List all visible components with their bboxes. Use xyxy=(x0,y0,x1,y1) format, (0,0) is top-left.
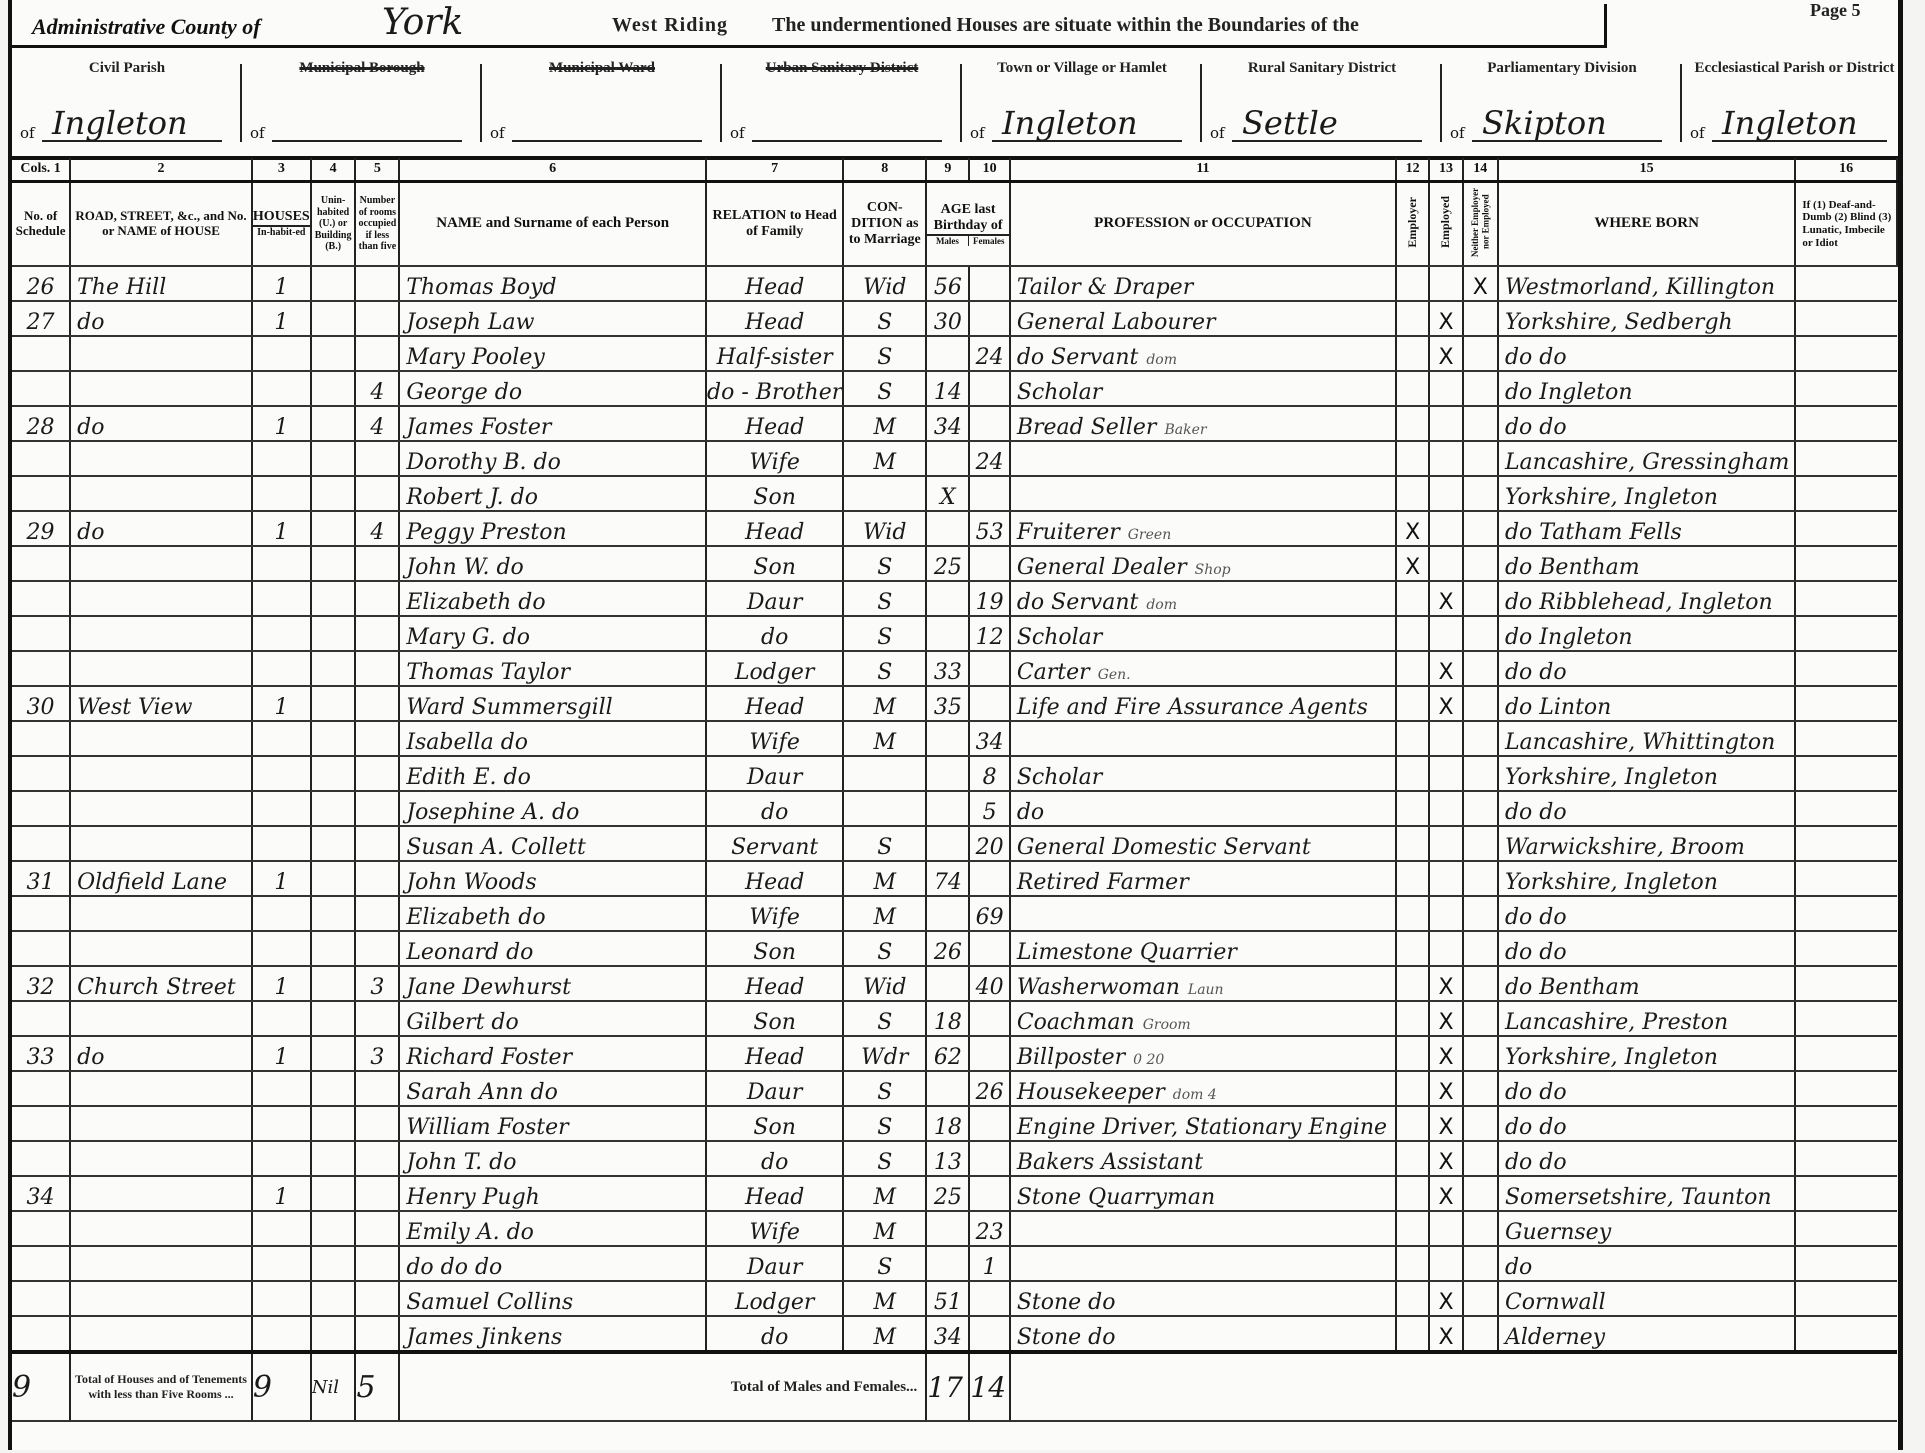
uninhabited-cell xyxy=(311,336,356,371)
occupation-note: Gen. xyxy=(1098,667,1131,683)
table-row: do do doDaurS1do xyxy=(12,1246,1897,1281)
column-number: 12 xyxy=(1396,158,1429,182)
occupation-cell: Stone do xyxy=(1010,1281,1396,1316)
female-age xyxy=(969,301,1009,336)
person-name: Edith E. do xyxy=(399,756,706,791)
header-occupation: PROFESSION or OCCUPATION xyxy=(1010,182,1396,267)
birthplace: do do xyxy=(1498,931,1795,966)
employed-mark xyxy=(1429,406,1462,441)
fill-line xyxy=(272,140,462,142)
marital-condition xyxy=(843,791,926,826)
female-age: 12 xyxy=(969,616,1009,651)
neither-mark xyxy=(1463,896,1498,931)
person-name: James Foster xyxy=(399,406,706,441)
male-age xyxy=(926,581,969,616)
employed-mark: X xyxy=(1429,1071,1462,1106)
column-number: 9 xyxy=(926,158,969,182)
rooms-count xyxy=(355,686,399,721)
schedule-number: 32 xyxy=(12,966,70,1001)
female-age: 40 xyxy=(969,966,1009,1001)
column-number: 13 xyxy=(1429,158,1462,182)
header-males: Males xyxy=(927,236,968,246)
occupation: General Labourer xyxy=(1017,310,1216,335)
occupation: Bread Seller xyxy=(1017,415,1157,440)
employer-mark xyxy=(1396,1036,1429,1071)
male-age: 62 xyxy=(926,1036,969,1071)
birthplace: do Ingleton xyxy=(1498,371,1795,406)
road-name xyxy=(70,616,252,651)
neither-mark xyxy=(1463,441,1498,476)
inhabited-count: 1 xyxy=(252,1176,311,1211)
totals-blank xyxy=(1010,1352,1897,1421)
table-row: 31Oldfield Lane1John WoodsHeadM74Retired… xyxy=(12,861,1897,896)
occupation-note: Green xyxy=(1128,527,1171,543)
inhabited-count xyxy=(252,1316,311,1352)
rooms-count xyxy=(355,1281,399,1316)
marital-condition: M xyxy=(843,441,926,476)
of-label: of xyxy=(1210,124,1225,142)
male-age: 74 xyxy=(926,861,969,896)
employer-mark xyxy=(1396,336,1429,371)
column-number: Cols. 1 xyxy=(12,158,70,182)
occupation-cell: General Domestic Servant xyxy=(1010,826,1396,861)
infirmity-cell xyxy=(1795,861,1897,896)
employed-mark: X xyxy=(1429,651,1462,686)
admin-area-4: Town or Village or Hamlet of Ingleton xyxy=(962,50,1202,156)
riding-label: West Riding xyxy=(612,14,728,37)
occupation: Scholar xyxy=(1017,380,1102,405)
employed-mark xyxy=(1429,371,1462,406)
person-name: Thomas Boyd xyxy=(399,266,706,301)
neither-mark xyxy=(1463,686,1498,721)
employed-mark xyxy=(1429,1211,1462,1246)
road-name xyxy=(70,756,252,791)
occupation-cell: General DealerShop xyxy=(1010,546,1396,581)
rooms-count xyxy=(355,651,399,686)
birthplace: Yorkshire, Ingleton xyxy=(1498,756,1795,791)
admin-area-label: Municipal Ward xyxy=(482,60,722,77)
uninhabited-cell xyxy=(311,1316,356,1352)
employed-mark xyxy=(1429,441,1462,476)
fill-line xyxy=(512,140,702,142)
neither-mark xyxy=(1463,476,1498,511)
male-age xyxy=(926,336,969,371)
birthplace: Westmorland, Killington xyxy=(1498,266,1795,301)
person-name: Sarah Ann do xyxy=(399,1071,706,1106)
occupation-cell: do Servantdom xyxy=(1010,336,1396,371)
marital-condition: S xyxy=(843,1001,926,1036)
female-age xyxy=(969,1001,1009,1036)
female-age xyxy=(969,861,1009,896)
occupation-note: Laun xyxy=(1188,982,1224,998)
admin-area-label: Ecclesiastical Parish or District xyxy=(1682,60,1907,77)
header-uninhabited: Unin-habited (U.) or Building (B.) xyxy=(311,182,356,267)
female-age: 34 xyxy=(969,721,1009,756)
occupation: do Servant xyxy=(1017,590,1138,615)
total-houses-label: Total of Houses and of Tenements with le… xyxy=(70,1352,252,1421)
marital-condition: M xyxy=(843,896,926,931)
admin-area-value: Settle xyxy=(1242,104,1338,142)
relation: Daur xyxy=(706,581,843,616)
table-row: James JinkensdoM34Stone doXAlderney xyxy=(12,1316,1897,1352)
marital-condition: M xyxy=(843,686,926,721)
admin-county-label: Administrative County of xyxy=(32,14,261,40)
occupation: Bakers Assistant xyxy=(1017,1150,1203,1175)
neither-mark xyxy=(1463,1141,1498,1176)
occupation-note: Shop xyxy=(1195,562,1231,578)
employer-mark xyxy=(1396,1106,1429,1141)
male-age xyxy=(926,1211,969,1246)
rooms-count: 4 xyxy=(355,406,399,441)
male-age: 13 xyxy=(926,1141,969,1176)
neither-mark xyxy=(1463,1036,1498,1071)
schedule-number: 30 xyxy=(12,686,70,721)
employer-mark xyxy=(1396,966,1429,1001)
marital-condition: Wdr xyxy=(843,1036,926,1071)
of-label: of xyxy=(20,124,35,142)
neither-mark xyxy=(1463,966,1498,1001)
occupation-note: dom 4 xyxy=(1173,1087,1217,1103)
birthplace: do Bentham xyxy=(1498,546,1795,581)
road-name xyxy=(70,546,252,581)
female-age: 1 xyxy=(969,1246,1009,1281)
birthplace: do do xyxy=(1498,896,1795,931)
employer-mark xyxy=(1396,896,1429,931)
birthplace: do Tatham Fells xyxy=(1498,511,1795,546)
inhabited-count xyxy=(252,791,311,826)
relation: Head xyxy=(706,406,843,441)
header-employed: Employed xyxy=(1429,182,1462,267)
inhabited-count xyxy=(252,616,311,651)
male-age: 18 xyxy=(926,1106,969,1141)
inhabited-count: 1 xyxy=(252,406,311,441)
male-age xyxy=(926,721,969,756)
occupation: Retired Farmer xyxy=(1017,870,1189,895)
of-label: of xyxy=(250,124,265,142)
neither-mark xyxy=(1463,581,1498,616)
uninhabited-cell xyxy=(311,1246,356,1281)
column-number: 6 xyxy=(399,158,706,182)
schedule-number xyxy=(12,371,70,406)
occupation-cell: WasherwomanLaun xyxy=(1010,966,1396,1001)
employer-mark xyxy=(1396,826,1429,861)
employer-mark xyxy=(1396,581,1429,616)
person-name: Ward Summersgill xyxy=(399,686,706,721)
occupation-cell: Billposter0 20 xyxy=(1010,1036,1396,1071)
female-age: 26 xyxy=(969,1071,1009,1106)
employer-mark xyxy=(1396,1316,1429,1352)
person-name: Mary G. do xyxy=(399,616,706,651)
census-sheet: Administrative County of York West Ridin… xyxy=(8,0,1903,1450)
road-name: West View xyxy=(70,686,252,721)
occupation: Limestone Quarrier xyxy=(1017,940,1237,965)
schedule-number xyxy=(12,546,70,581)
person-name: Peggy Preston xyxy=(399,511,706,546)
female-age: 24 xyxy=(969,441,1009,476)
table-row: Isabella doWifeM34Lancashire, Whittingto… xyxy=(12,721,1897,756)
rooms-count: 3 xyxy=(355,1036,399,1071)
person-name: John Woods xyxy=(399,861,706,896)
infirmity-cell xyxy=(1795,756,1897,791)
infirmity-cell xyxy=(1795,686,1897,721)
table-row: Robert J. doSonXYorkshire, Ingleton xyxy=(12,476,1897,511)
table-row: John W. doSonS25General DealerShopXdo Be… xyxy=(12,546,1897,581)
inhabited-count xyxy=(252,826,311,861)
occupation-note: Baker xyxy=(1164,422,1206,438)
person-name: John W. do xyxy=(399,546,706,581)
occupation-cell: CarterGen. xyxy=(1010,651,1396,686)
rooms-count xyxy=(355,476,399,511)
employer-mark xyxy=(1396,861,1429,896)
employed-mark: X xyxy=(1429,301,1462,336)
birthplace: do do xyxy=(1498,406,1795,441)
neither-mark xyxy=(1463,371,1498,406)
marital-condition: S xyxy=(843,616,926,651)
male-age xyxy=(926,1071,969,1106)
column-number: 15 xyxy=(1498,158,1795,182)
uninhabited-cell xyxy=(311,1176,356,1211)
person-name: Samuel Collins xyxy=(399,1281,706,1316)
employer-mark xyxy=(1396,371,1429,406)
marital-condition: M xyxy=(843,1316,926,1352)
neither-mark xyxy=(1463,1316,1498,1352)
table-row: 32Church Street13Jane DewhurstHeadWid40W… xyxy=(12,966,1897,1001)
admin-area-label: Town or Village or Hamlet xyxy=(962,60,1202,77)
occupation: do xyxy=(1017,800,1044,825)
employer-mark xyxy=(1396,476,1429,511)
marital-condition: S xyxy=(843,546,926,581)
person-name: do do do xyxy=(399,1246,706,1281)
table-row: Thomas TaylorLodgerS33CarterGen.Xdo do xyxy=(12,651,1897,686)
neither-mark xyxy=(1463,756,1498,791)
neither-mark: X xyxy=(1463,266,1498,301)
road-name xyxy=(70,1176,252,1211)
occupation: Scholar xyxy=(1017,625,1102,650)
birthplace: Yorkshire, Ingleton xyxy=(1498,476,1795,511)
admin-area-5: Rural Sanitary District of Settle xyxy=(1202,50,1442,156)
male-age: 33 xyxy=(926,651,969,686)
birthplace: do do xyxy=(1498,1106,1795,1141)
infirmity-cell xyxy=(1795,476,1897,511)
table-row: Leonard doSonS26Limestone Quarrierdo do xyxy=(12,931,1897,966)
rooms-count xyxy=(355,266,399,301)
uninhabited-cell xyxy=(311,756,356,791)
uninhabited-cell xyxy=(311,476,356,511)
road-name xyxy=(70,441,252,476)
road-name xyxy=(70,1071,252,1106)
occupation-cell: Scholar xyxy=(1010,756,1396,791)
neither-mark xyxy=(1463,301,1498,336)
road-name xyxy=(70,931,252,966)
column-number: 14 xyxy=(1463,158,1498,182)
table-row: 28do14James FosterHeadM34Bread SellerBak… xyxy=(12,406,1897,441)
table-row: 341Henry PughHeadM25Stone QuarrymanXSome… xyxy=(12,1176,1897,1211)
header-inhabited-label: In-habit-ed xyxy=(253,227,310,239)
person-name: Emily A. do xyxy=(399,1211,706,1246)
road-name xyxy=(70,651,252,686)
employed-mark xyxy=(1429,266,1462,301)
inhabited-count xyxy=(252,1281,311,1316)
relation: Daur xyxy=(706,756,843,791)
birthplace: Yorkshire, Ingleton xyxy=(1498,861,1795,896)
occupation-cell: do xyxy=(1010,791,1396,826)
employer-mark: X xyxy=(1396,546,1429,581)
neither-mark xyxy=(1463,1001,1498,1036)
uninhabited-cell xyxy=(311,791,356,826)
neither-mark xyxy=(1463,1071,1498,1106)
uninhabited-cell xyxy=(311,1106,356,1141)
occupation: Billposter xyxy=(1017,1045,1125,1070)
neither-mark xyxy=(1463,1211,1498,1246)
male-age xyxy=(926,616,969,651)
marital-condition: M xyxy=(843,721,926,756)
road-name xyxy=(70,721,252,756)
admin-area-value: Ingleton xyxy=(52,104,188,142)
rooms-count xyxy=(355,1176,399,1211)
header-employer-label: Employer xyxy=(1406,197,1420,248)
road-name xyxy=(70,1281,252,1316)
female-age xyxy=(969,266,1009,301)
of-label: of xyxy=(970,124,985,142)
occupation-cell xyxy=(1010,721,1396,756)
rooms-count xyxy=(355,1106,399,1141)
total-females: 14 xyxy=(969,1352,1009,1421)
inhabited-count xyxy=(252,721,311,756)
male-age: 51 xyxy=(926,1281,969,1316)
person-name: Elizabeth do xyxy=(399,581,706,616)
admin-area-2: Municipal Ward of xyxy=(482,50,722,156)
total-schedules: 9 xyxy=(12,1352,70,1421)
inhabited-count xyxy=(252,1071,311,1106)
rooms-count xyxy=(355,896,399,931)
header-females: Females xyxy=(969,236,1009,246)
admin-area-label: Rural Sanitary District xyxy=(1202,60,1442,77)
person-name: Henry Pugh xyxy=(399,1176,706,1211)
occupation: General Dealer xyxy=(1017,555,1187,580)
admin-area-0: Civil Parish of Ingleton xyxy=(12,50,242,156)
boundaries-text: The undermentioned Houses are situate wi… xyxy=(772,14,1359,37)
birthplace: Lancashire, Gressingham xyxy=(1498,441,1795,476)
rooms-count xyxy=(355,791,399,826)
relation: do xyxy=(706,1141,843,1176)
person-name: Richard Foster xyxy=(399,1036,706,1071)
rooms-count xyxy=(355,1316,399,1352)
schedule-number xyxy=(12,581,70,616)
male-age: 34 xyxy=(926,1316,969,1352)
infirmity-cell xyxy=(1795,1176,1897,1211)
employer-mark xyxy=(1396,791,1429,826)
relation: Half-sister xyxy=(706,336,843,371)
uninhabited-cell xyxy=(311,721,356,756)
infirmity-cell xyxy=(1795,301,1897,336)
column-number: 16 xyxy=(1795,158,1897,182)
relation: Wife xyxy=(706,1211,843,1246)
rooms-count: 4 xyxy=(355,371,399,406)
occupation-cell: Engine Driver, Stationary Engine xyxy=(1010,1106,1396,1141)
uninhabited-cell xyxy=(311,546,356,581)
employed-mark xyxy=(1429,1246,1462,1281)
occupation-cell: Housekeeperdom 4 xyxy=(1010,1071,1396,1106)
column-number: 7 xyxy=(706,158,843,182)
table-row: Josephine A. dodo5dodo do xyxy=(12,791,1897,826)
employer-mark xyxy=(1396,406,1429,441)
rooms-count xyxy=(355,581,399,616)
neither-mark xyxy=(1463,651,1498,686)
inhabited-count: 1 xyxy=(252,511,311,546)
rooms-count xyxy=(355,336,399,371)
inhabited-count xyxy=(252,371,311,406)
rooms-count xyxy=(355,301,399,336)
male-age xyxy=(926,441,969,476)
schedule-number xyxy=(12,1211,70,1246)
person-name: Joseph Law xyxy=(399,301,706,336)
marital-condition xyxy=(843,476,926,511)
relation: do xyxy=(706,791,843,826)
table-row: William FosterSonS18Engine Driver, Stati… xyxy=(12,1106,1897,1141)
female-age xyxy=(969,1316,1009,1352)
relation: Head xyxy=(706,266,843,301)
inhabited-count xyxy=(252,1106,311,1141)
person-name: James Jinkens xyxy=(399,1316,706,1352)
marital-condition: S xyxy=(843,651,926,686)
occupation: Scholar xyxy=(1017,765,1102,790)
of-label: of xyxy=(730,124,745,142)
rooms-count xyxy=(355,756,399,791)
rooms-count xyxy=(355,1071,399,1106)
employed-mark xyxy=(1429,861,1462,896)
neither-mark xyxy=(1463,406,1498,441)
infirmity-cell xyxy=(1795,371,1897,406)
column-number: 4 xyxy=(311,158,356,182)
schedule-number xyxy=(12,756,70,791)
marital-condition: S xyxy=(843,1246,926,1281)
marital-condition: M xyxy=(843,1211,926,1246)
male-age: 25 xyxy=(926,546,969,581)
uninhabited-cell xyxy=(311,511,356,546)
fill-line xyxy=(752,140,942,142)
uninhabited-cell xyxy=(311,966,356,1001)
admin-area-value: Skipton xyxy=(1482,104,1607,142)
infirmity-cell xyxy=(1795,1281,1897,1316)
header-neither-label: Neither Employer nor Employed xyxy=(1470,184,1491,260)
female-age xyxy=(969,371,1009,406)
employer-mark xyxy=(1396,1211,1429,1246)
birthplace: Warwickshire, Broom xyxy=(1498,826,1795,861)
marital-condition: Wid xyxy=(843,966,926,1001)
inhabited-count xyxy=(252,546,311,581)
column-number: 8 xyxy=(843,158,926,182)
occupation-note: Groom xyxy=(1143,1017,1191,1033)
uninhabited-cell xyxy=(311,826,356,861)
uninhabited-cell xyxy=(311,931,356,966)
occupation-cell: Stone Quarryman xyxy=(1010,1176,1396,1211)
employed-mark xyxy=(1429,826,1462,861)
relation: Son xyxy=(706,546,843,581)
relation: Head xyxy=(706,1176,843,1211)
uninhabited-cell xyxy=(311,1211,356,1246)
road-name: do xyxy=(70,301,252,336)
relation: do xyxy=(706,616,843,651)
inhabited-count xyxy=(252,441,311,476)
table-row: 30West View1Ward SummersgillHeadM35Life … xyxy=(12,686,1897,721)
relation: Servant xyxy=(706,826,843,861)
marital-condition: S xyxy=(843,1106,926,1141)
header-rooms: Number of rooms occupied if less than fi… xyxy=(355,182,399,267)
male-age: X xyxy=(926,476,969,511)
female-age: 19 xyxy=(969,581,1009,616)
uninhabited-cell xyxy=(311,301,356,336)
occupation: do Servant xyxy=(1017,345,1138,370)
